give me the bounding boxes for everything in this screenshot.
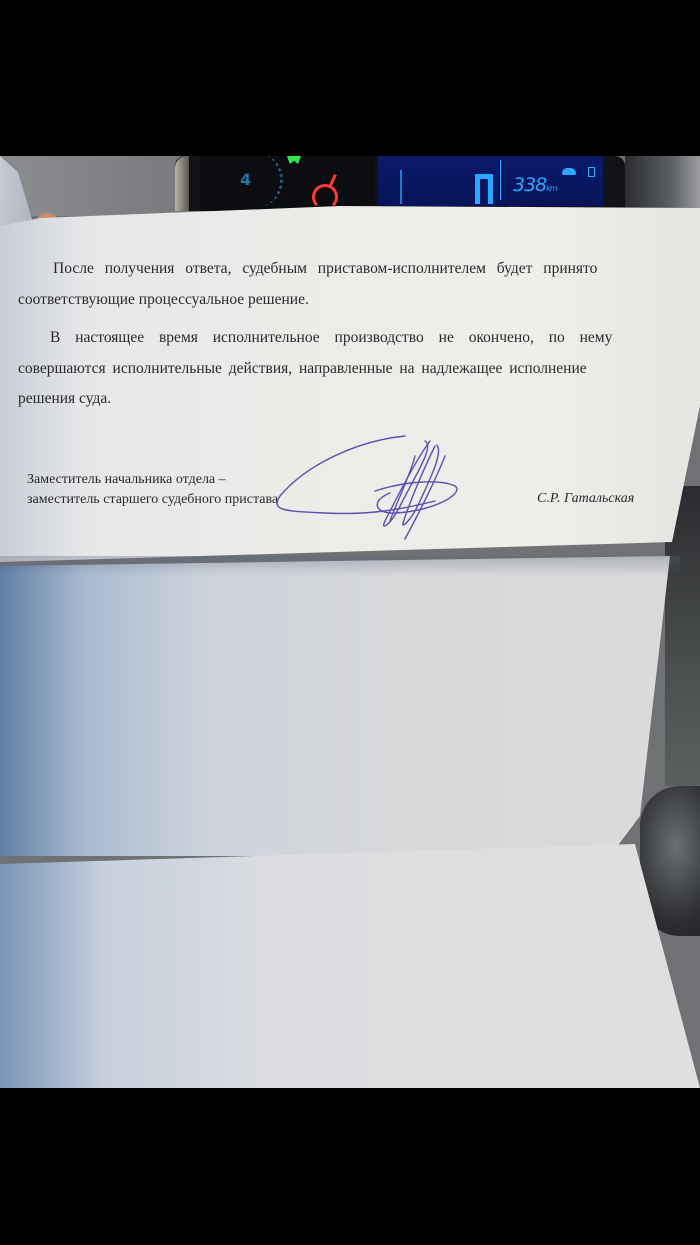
gear-indicator: 4 — [240, 170, 251, 189]
dashboard-trim — [625, 156, 700, 211]
paragraph-1-line-2: соответствующие процессуальное решение. — [18, 291, 309, 309]
fold-crease — [0, 556, 680, 576]
paper-middle-panel — [0, 556, 680, 856]
paragraph-2-line-2: совершаются исполнительные действия, нап… — [18, 360, 587, 378]
odometer: 338km — [513, 174, 557, 196]
fuel-pump-icon — [588, 167, 595, 177]
lcd-gear-digit — [475, 174, 493, 204]
document-photo: 4 338km После получения ответа, судебным… — [0, 156, 700, 1088]
car-icon — [562, 168, 576, 175]
warning-light-icon — [312, 184, 338, 210]
signatory-title-line-1: Заместитель начальника отдела – — [27, 472, 226, 488]
fuel-gauge-icon — [400, 170, 412, 204]
car-interior — [0, 156, 190, 216]
paper-lower-panel — [0, 844, 700, 1088]
tachometer-gauge — [200, 156, 375, 211]
odometer-unit: km — [546, 184, 556, 193]
paragraph-2-line-3: решения суда. — [18, 390, 111, 408]
handwritten-signature — [265, 431, 475, 541]
odometer-value: 338 — [513, 174, 546, 196]
paragraph-1-line-1: После получения ответа, судебным пристав… — [53, 260, 597, 278]
paragraph-2-line-1: В настоящее время исполнительное произво… — [50, 329, 612, 347]
signatory-title-line-2: заместитель старшего судебного пристава — [27, 492, 278, 508]
cluster-bezel — [175, 156, 189, 211]
signatory-name: С.Р. Гатальская — [537, 491, 634, 507]
